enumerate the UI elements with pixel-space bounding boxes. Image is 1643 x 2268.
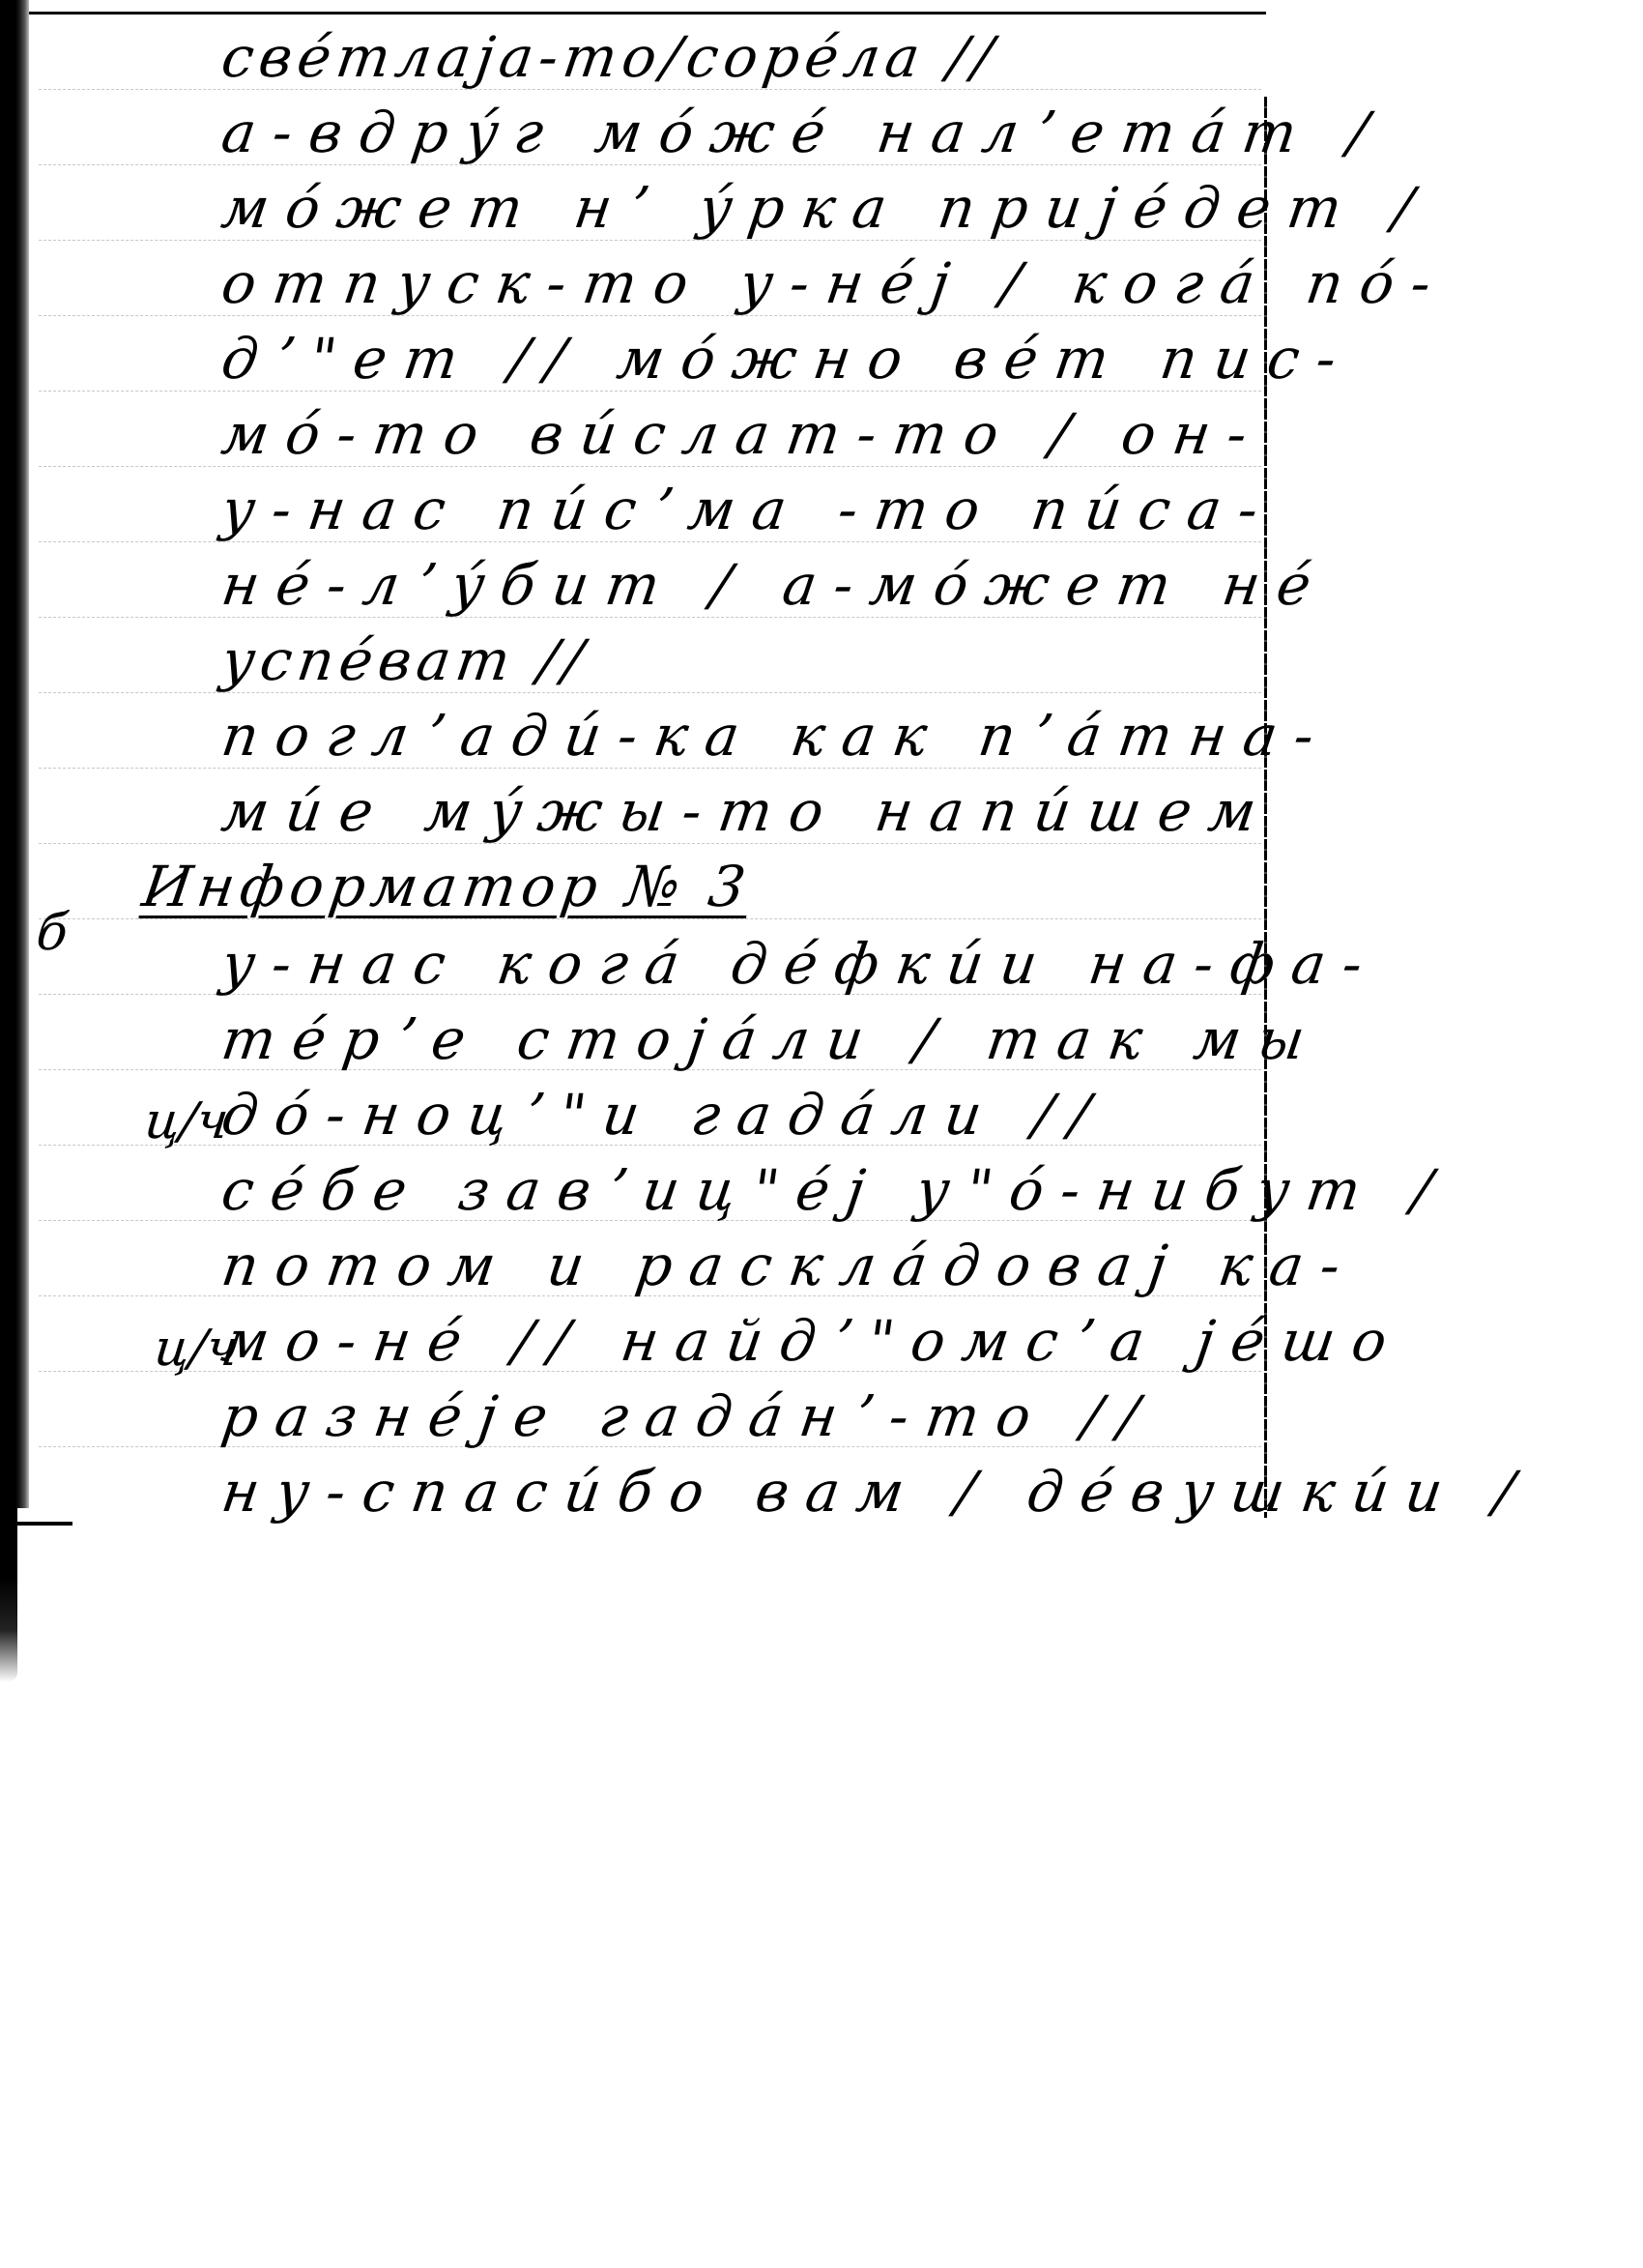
handwritten-line: потом и расклáдоваj ка- [218,1237,1361,1294]
handwritten-line: мó-то вúслат-то / он- [218,406,1268,462]
handwritten-line: тéрʼе стоjáли / так мы [218,1011,1325,1067]
margin-note: ц/ч [142,1092,231,1150]
handwritten-line: нé-лʼýбит / а-мóжет нé [218,557,1332,613]
binding-shadow [0,0,29,1508]
handwritten-line: мúе мýжы-то напúшем [218,783,1277,839]
margin-note: ц/ч [152,1320,241,1378]
handwritten-line: у-нас когá дéфкúи на-фа- [218,936,1383,992]
handwritten-line: дó-ноцʼ"и гадáли // [218,1087,1110,1143]
handwritten-line: у-нас пúсʼма -то пúса- [218,481,1279,538]
scanned-page: свéтлаjа-то/сорéла // а-вдрýг мóжé налʼе… [0,0,1643,2268]
handwritten-line: а-вдрýг мóжé налʼетáт / [218,104,1389,160]
handwritten-line: дʼ"ет // мóжно вéт пис- [218,331,1357,387]
handwritten-line: свéтлаjа-то/сорéла // [218,29,1002,85]
handwritten-line: сéбе завʼиц"éj у"ó-нибут / [218,1162,1453,1218]
handwritten-line: мо-нé // найдʼ"омсʼа jéшо [218,1313,1407,1369]
binding-shadow-tail [0,1508,17,1682]
handwritten-line: поглʼадú-ка как пʼáтна- [218,708,1335,764]
handwritten-line: ну-спасúбо вам / дéвушкúи / [218,1464,1535,1520]
paper-bottom-edge [0,1522,72,1526]
margin-note: б [34,904,71,962]
handwritten-line: мóжет нʼ ýрка приjéдет / [218,180,1434,236]
handwritten-line: разнéjе гадáнʼ-то // [218,1388,1160,1444]
paper-top-edge [29,12,1266,15]
handwritten-line: успéват // [218,632,592,688]
informant-heading: Информатор № 3 [139,858,755,915]
handwritten-line: отпуск-то у-нéj / когá пó- [218,255,1452,311]
